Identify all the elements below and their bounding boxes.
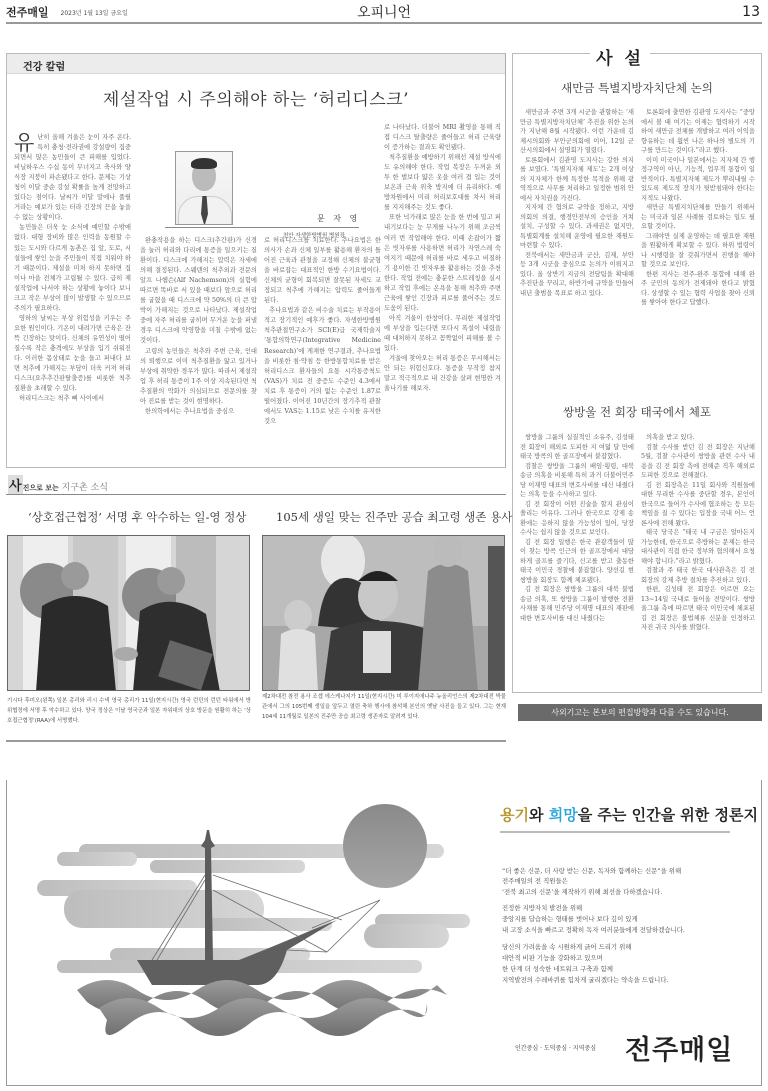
paragraph: 영하의 날씨는 부상 위험성을 키우는 주요한 원인이다. 기온이 내려가면 근… bbox=[14, 314, 131, 394]
paragraph: 한편 지사는 전주-완주 통합에 대해 완주 군민의 동의가 전제돼야 한다고 … bbox=[641, 270, 755, 308]
editorial-title-1: 새만금 특별지방자치단체 논의 bbox=[512, 80, 762, 96]
editorial-1-text-2: 토론회에 출연한 김관영 도지사는 “중앙에서 볼 때 여기는 이제는 협력하기… bbox=[641, 108, 755, 308]
health-column: 건강 칼럼 제설작업 시 주의해야 하는 ‘허리디스크’ 유 난히 올해 겨울은… bbox=[6, 53, 506, 468]
paragraph: 겨울에 찾아오는 허리 통증은 무시해서는 안 되는 위험신호다. 통증을 무작… bbox=[384, 354, 501, 394]
paragraph: 검찰 수사를 받던 김 전 회장은 지난해 5월, 검찰 수사관이 쌍방울 관련… bbox=[641, 443, 755, 481]
section-title: 오피니언 bbox=[6, 2, 762, 22]
slogan-rest: 을 주는 인간을 위한 정론지 bbox=[578, 806, 758, 824]
paragraph: 로 허리디스크를 치료한다. 추나요법은 한의사가 손과 신체 일부를 활용해 … bbox=[264, 236, 381, 306]
section-label-small: 진으로 보는 bbox=[23, 484, 59, 492]
paragraph: 쌍방울 그룹의 실질적인 소유주, 김성태 전 회장이 해외로 도피한 지 여덟… bbox=[520, 433, 634, 462]
paragraph: 아직 겨울이 한창이다. 무리한 제설작업에 부상을 입는다면 또다시 폭설이 … bbox=[384, 314, 501, 354]
paragraph: 새만금과 주변 3개 시군을 관할하는 ‘새만금 특별지방자치단체’ 추진을 위… bbox=[520, 108, 634, 156]
section-label-rest: 지구촌 소식 bbox=[59, 483, 108, 493]
health-column-title: 제설작업 시 주의해야 하는 ‘허리디스크’ bbox=[6, 85, 506, 110]
paragraph: 새만금 특별지치단체를 만들기 위해서는 미국과 일본 사례를 검토하는 일도 … bbox=[641, 203, 755, 232]
ad-illustration-frame bbox=[6, 780, 486, 1086]
opinion-disclaimer: 사외기고는 본보의 편집방향과 다를 수도 있습니다. bbox=[518, 704, 762, 721]
slogan-courage: 용기 bbox=[500, 806, 529, 824]
health-column-text-1: 유 난히 올해 겨울은 눈이 자주 온다. 특히 충청·전라권에 강설량이 집중… bbox=[14, 133, 131, 404]
author-name: 문 자 영 bbox=[317, 213, 360, 224]
paragraph: 허리디스크는 척추 뼈 사이에서 bbox=[14, 394, 131, 404]
ad-line: 당신의 가려움을 속 시원하게 긁어 드리기 위해 bbox=[502, 942, 631, 953]
ad-slogan: 용기와 희망을 주는 인간을 위한 정론지 bbox=[500, 804, 758, 825]
ad-line: 대안적 비판 기능을 강화하고 있으며 bbox=[502, 953, 603, 964]
paragraph: 추나요법과 같은 비수술 치료는 부작용이 적고 장기적인 예후가 좋다. 자생… bbox=[264, 306, 381, 427]
paragraph: 척추질환을 예방하기 위해선 제설 방식에도 유의해야 한다. 작업 복장은 두… bbox=[384, 153, 501, 213]
photo-news-section-label: 사진으로 보는 지구촌 소식 bbox=[8, 475, 108, 494]
divider bbox=[6, 494, 506, 495]
paragraph: 태국 당국은 “태국 내 구금은 얼마든지 가능한데, 한국으로 추방하는 문제… bbox=[641, 528, 755, 566]
photo-veteran-birthday bbox=[262, 535, 505, 691]
editorial-2-text-2: 의혹을 받고 있다. 검찰 수사를 받던 김 전 회장은 지난해 5월, 검찰 … bbox=[641, 433, 755, 633]
ad-tagline: 인간중심 · 도덕중심 · 지역중심 bbox=[515, 1043, 596, 1052]
paragraph: 한의학에서는 추나요법을 중심으 bbox=[140, 407, 257, 417]
paragraph: 검찰과 주 태국 한국 대사관측은 김 전 회장의 강제 추방 절차를 추진하고… bbox=[641, 566, 755, 585]
ad-line: 지역발전의 수레바퀴를 힘차게 굴리겠다는 약속을 드립니다. bbox=[502, 975, 669, 986]
paragraph: 토론회에서 김관영 도지사는 강한 의지를 보였다. ‘특별지자체 제도’는 2… bbox=[520, 156, 634, 204]
editorial-label: 사 설 bbox=[590, 44, 650, 69]
paragraph: 검찰은 쌍방울 그룹의 배임·횡령, 대북송금 의혹을 비롯해 특히 과거 더불… bbox=[520, 462, 634, 500]
paragraph: 로 나타났다. 더불어 MRI 촬영을 통해 직접 디스크 탈출량은 줄어들고 … bbox=[384, 123, 501, 153]
photo-caption-2: 제2차대전 참전 용사 조셉 에스케나지가 11일(현지시간) 미 루이지애나주… bbox=[262, 692, 506, 722]
ad-line: 전주매일의 전 직원들은 bbox=[502, 876, 568, 887]
ship-and-sun-illustration bbox=[7, 780, 487, 1086]
ad-line: 한 단계 더 성숙한 네트워크 구축과 함께 bbox=[502, 964, 613, 975]
health-column-text-2: 완충작용을 하는 디스크(추간판)가 신경을 눌러 허리와 다리에 통증을 일으… bbox=[140, 236, 257, 417]
slogan-connector: 와 bbox=[529, 806, 549, 824]
ad-line: 중앙지를 답습하는 형태를 벗어나 보다 깊이 있게 bbox=[502, 914, 638, 925]
photo-title-1: ‘상호접근협정’ 서명 후 악수하는 일-영 정상 bbox=[28, 509, 246, 525]
paragraph: 지자체 간 협의로 규약을 정하고, 지방의회의 의결, 행정안전부의 승인을 … bbox=[520, 203, 634, 251]
paragraph: 김 전 회장측은 11일 회사와 직원들에 대한 무리한 수사를 중단할 경우,… bbox=[641, 481, 755, 529]
slogan-hope: 희망 bbox=[549, 806, 578, 824]
paragraph: 김 전 회장은 쌍방울 그룹의 대북 불법 송금 의혹, 또 쌍방울 그룹이 발… bbox=[520, 585, 634, 623]
paragraph: 의혹을 받고 있다. bbox=[641, 433, 755, 443]
paragraph: 전북에서는 새만금과 군산, 김제, 부안 등 3개 시군을 중심으로 논의가 … bbox=[520, 251, 634, 299]
dropcap: 유 bbox=[14, 134, 34, 152]
editorial-title-2: 쌍방울 전 회장 태국에서 체포 bbox=[512, 404, 762, 420]
ad-brand-logo: 전주매일 bbox=[625, 1028, 733, 1067]
paragraph: 한편, 김성태 전 회장은 이르면 오는 13~14일 국내로 들어올 전망이다… bbox=[641, 585, 755, 633]
photo-title-2: 105세 생일 맞는 진주만 공습 최고령 생존 용사 bbox=[276, 509, 512, 525]
health-column-text-3: 로 허리디스크를 치료한다. 추나요법은 한의사가 손과 신체 일부를 활용해 … bbox=[264, 236, 381, 427]
paragraph: 완충작용을 하는 디스크(추간판)가 신경을 눌러 허리와 다리에 통증을 일으… bbox=[140, 236, 257, 347]
editorial-1-text-1: 새만금과 주변 3개 시군을 관할하는 ‘새만금 특별지방자치단체’ 추진을 위… bbox=[520, 108, 634, 298]
paragraph: 토론회에 출연한 김관영 도지사는 “중앙에서 볼 때 여기는 이제는 협력하기… bbox=[641, 108, 755, 156]
paragraph: 이미 미국이나 일본에서는 지자체 간 행정구역이 아닌, 기능적, 업무적 통… bbox=[641, 156, 755, 204]
paragraph: 김 전 회장 일행은 한국 관광객들이 많이 찾는 방콕 인근의 한 골프장에서… bbox=[520, 538, 634, 586]
masthead: 전주매일 2023년 1월 13일 금요일 오피니언 13 bbox=[6, 0, 762, 24]
ad-line: 내 고장 소식을 빠르고 정확히 독자 여러분들에게 전달하겠습니다. bbox=[502, 925, 685, 936]
masthead-rule bbox=[6, 22, 762, 24]
ad-line: “더 좋은 신문, 더 사랑 받는 신문, 독자와 함께하는 신문”을 위해 bbox=[502, 866, 681, 877]
paragraph: 농민들은 더욱 눈 소식에 예민할 수밖에 없다. 대형 장비와 많은 인력을 … bbox=[14, 223, 131, 313]
section-label-initial: 사 bbox=[8, 475, 23, 494]
page-number: 13 bbox=[742, 4, 760, 20]
paragraph: 그래야만 실제 운영하는 데 필요한 재원을 원활하게 확보할 수 있다. 하위… bbox=[641, 232, 755, 270]
divider bbox=[6, 740, 506, 742]
photo-leaders-handshake bbox=[7, 535, 250, 691]
paragraph: 김 전 회장이 어떤 진술을 할지 관심이 쏠리는 이유다. 그러나 한국으로 … bbox=[520, 500, 634, 538]
editorial-2-text-1: 쌍방울 그룹의 실질적인 소유주, 김성태 전 회장이 해외로 도피한 지 여덟… bbox=[520, 433, 634, 623]
ad-line: ‘전북 최고의 신문’을 제작하기 위해 최선을 다하겠습니다. bbox=[502, 887, 662, 898]
ad-line: 진정한 지방자치 발전을 위해 bbox=[502, 903, 582, 914]
health-column-text-4: 로 나타났다. 더불어 MRI 촬영을 통해 직접 디스크 탈출량은 줄어들고 … bbox=[384, 123, 501, 394]
paragraph: 고령의 농민들은 척추와 주변 근육, 인대의 퇴행으로 이미 척추질환을 앓고… bbox=[140, 347, 257, 407]
health-column-label: 건강 칼럼 bbox=[7, 54, 505, 74]
author-photo bbox=[175, 151, 233, 225]
divider bbox=[165, 227, 359, 228]
author-block: 문 자 영 천안 자생한방병원 병원장 bbox=[165, 151, 365, 227]
photo-caption-1: 기시다 후미오(왼쪽) 일본 총리와 리시 수낵 영국 총리가 11일(현지시간… bbox=[7, 696, 251, 726]
paragraph: 또한 넉가래로 많은 눈을 한 번에 밀고 퍼내기보다는 눈 무게를 나누기 위… bbox=[384, 213, 501, 313]
divider bbox=[500, 831, 730, 833]
